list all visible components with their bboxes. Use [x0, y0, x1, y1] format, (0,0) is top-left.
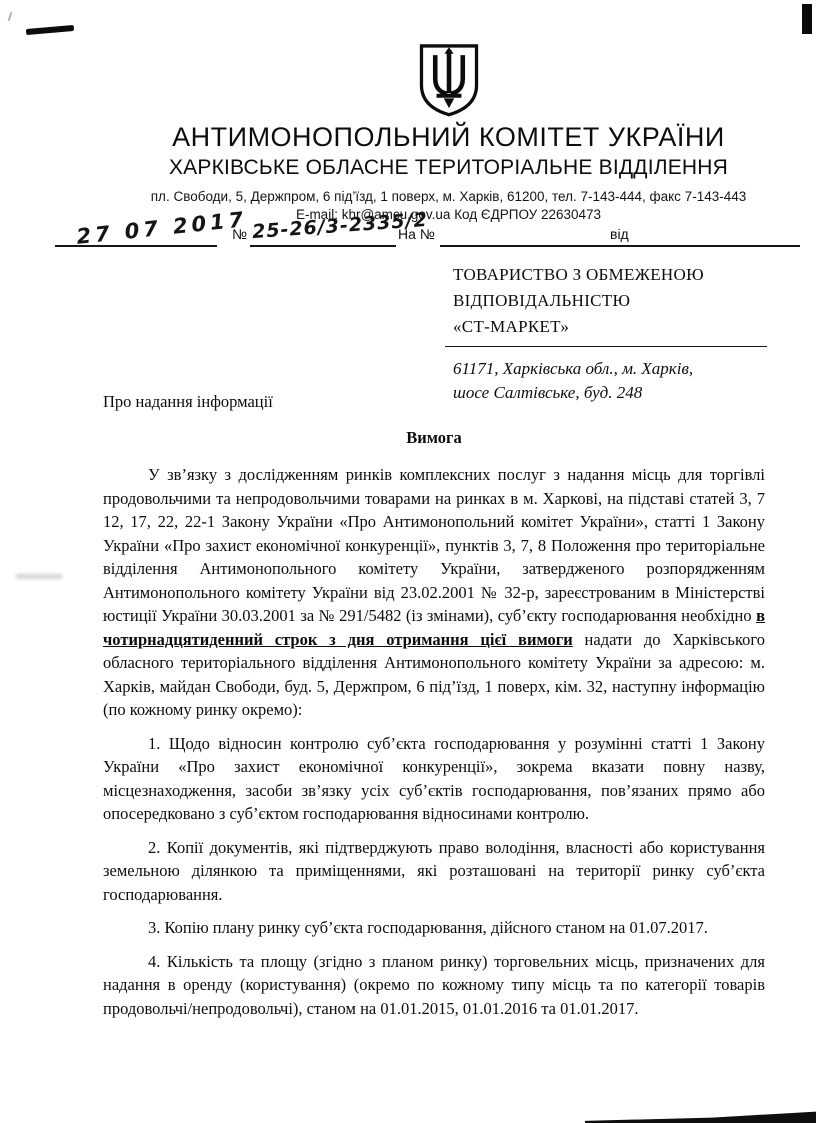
reply-to-label: На №	[398, 226, 435, 242]
letterhead: АНТИМОНОПОЛЬНИЙ КОМІТЕТ УКРАЇНИ ХАРКІВСЬ…	[95, 42, 802, 222]
scan-smudge-left-edge	[16, 574, 62, 579]
recipient-name-line-2: ВІДПОВІДАЛЬНІСТЮ	[453, 288, 768, 314]
reply-to-blank-line	[440, 245, 656, 247]
scan-mark-bottom-right-wedge	[585, 1111, 816, 1123]
from-date-label: від	[610, 226, 629, 242]
request-item-1: 1. Щодо відносин контролю суб’єкта госпо…	[103, 732, 765, 826]
date-blank-line	[55, 245, 217, 247]
scan-mark-top-left-dash	[26, 25, 74, 35]
request-item-3: 3. Копію плану ринку суб’єкта господарюв…	[103, 916, 765, 940]
number-label: №	[232, 226, 247, 242]
subject-line: Про надання інформації	[103, 390, 765, 414]
document-body: Про надання інформації Вимога У зв’язку …	[103, 390, 765, 1030]
branch-name: ХАРКІВСЬКЕ ОБЛАСНЕ ТЕРИТОРІАЛЬНЕ ВІДДІЛЕ…	[95, 156, 802, 180]
scan-mark-top-left-tick	[8, 12, 13, 21]
tryzub-shield-icon	[416, 42, 482, 118]
number-blank-line	[250, 245, 396, 247]
request-item-4: 4. Кількість та площу (згідно з планом р…	[103, 950, 765, 1021]
document-title: Вимога	[103, 426, 765, 450]
recipient-name-line-3: «СТ-МАРКЕТ»	[453, 314, 768, 340]
paragraph-intro-before: У зв’язку з дослідженням ринків комплекс…	[103, 465, 765, 625]
recipient-underline	[445, 346, 767, 347]
letterhead-address: пл. Свободи, 5, Держпром, 6 під’їзд, 1 п…	[95, 189, 802, 204]
scanned-letter-page: АНТИМОНОПОЛЬНИЙ КОМІТЕТ УКРАЇНИ ХАРКІВСЬ…	[0, 0, 816, 1123]
request-item-2: 2. Копії документів, які підтверджують п…	[103, 836, 765, 907]
recipient-block: ТОВАРИСТВО З ОБМЕЖЕНОЮ ВІДПОВІДАЛЬНІСТЮ …	[453, 262, 768, 405]
from-date-blank-line	[640, 245, 800, 247]
recipient-address-line-1: 61171, Харківська обл., м. Харків,	[453, 357, 768, 381]
scan-mark-top-right-bar	[802, 4, 812, 34]
recipient-name-line-1: ТОВАРИСТВО З ОБМЕЖЕНОЮ	[453, 262, 768, 288]
organization-name: АНТИМОНОПОЛЬНИЙ КОМІТЕТ УКРАЇНИ	[95, 122, 802, 153]
paragraph-intro: У зв’язку з дослідженням ринків комплекс…	[103, 463, 765, 722]
